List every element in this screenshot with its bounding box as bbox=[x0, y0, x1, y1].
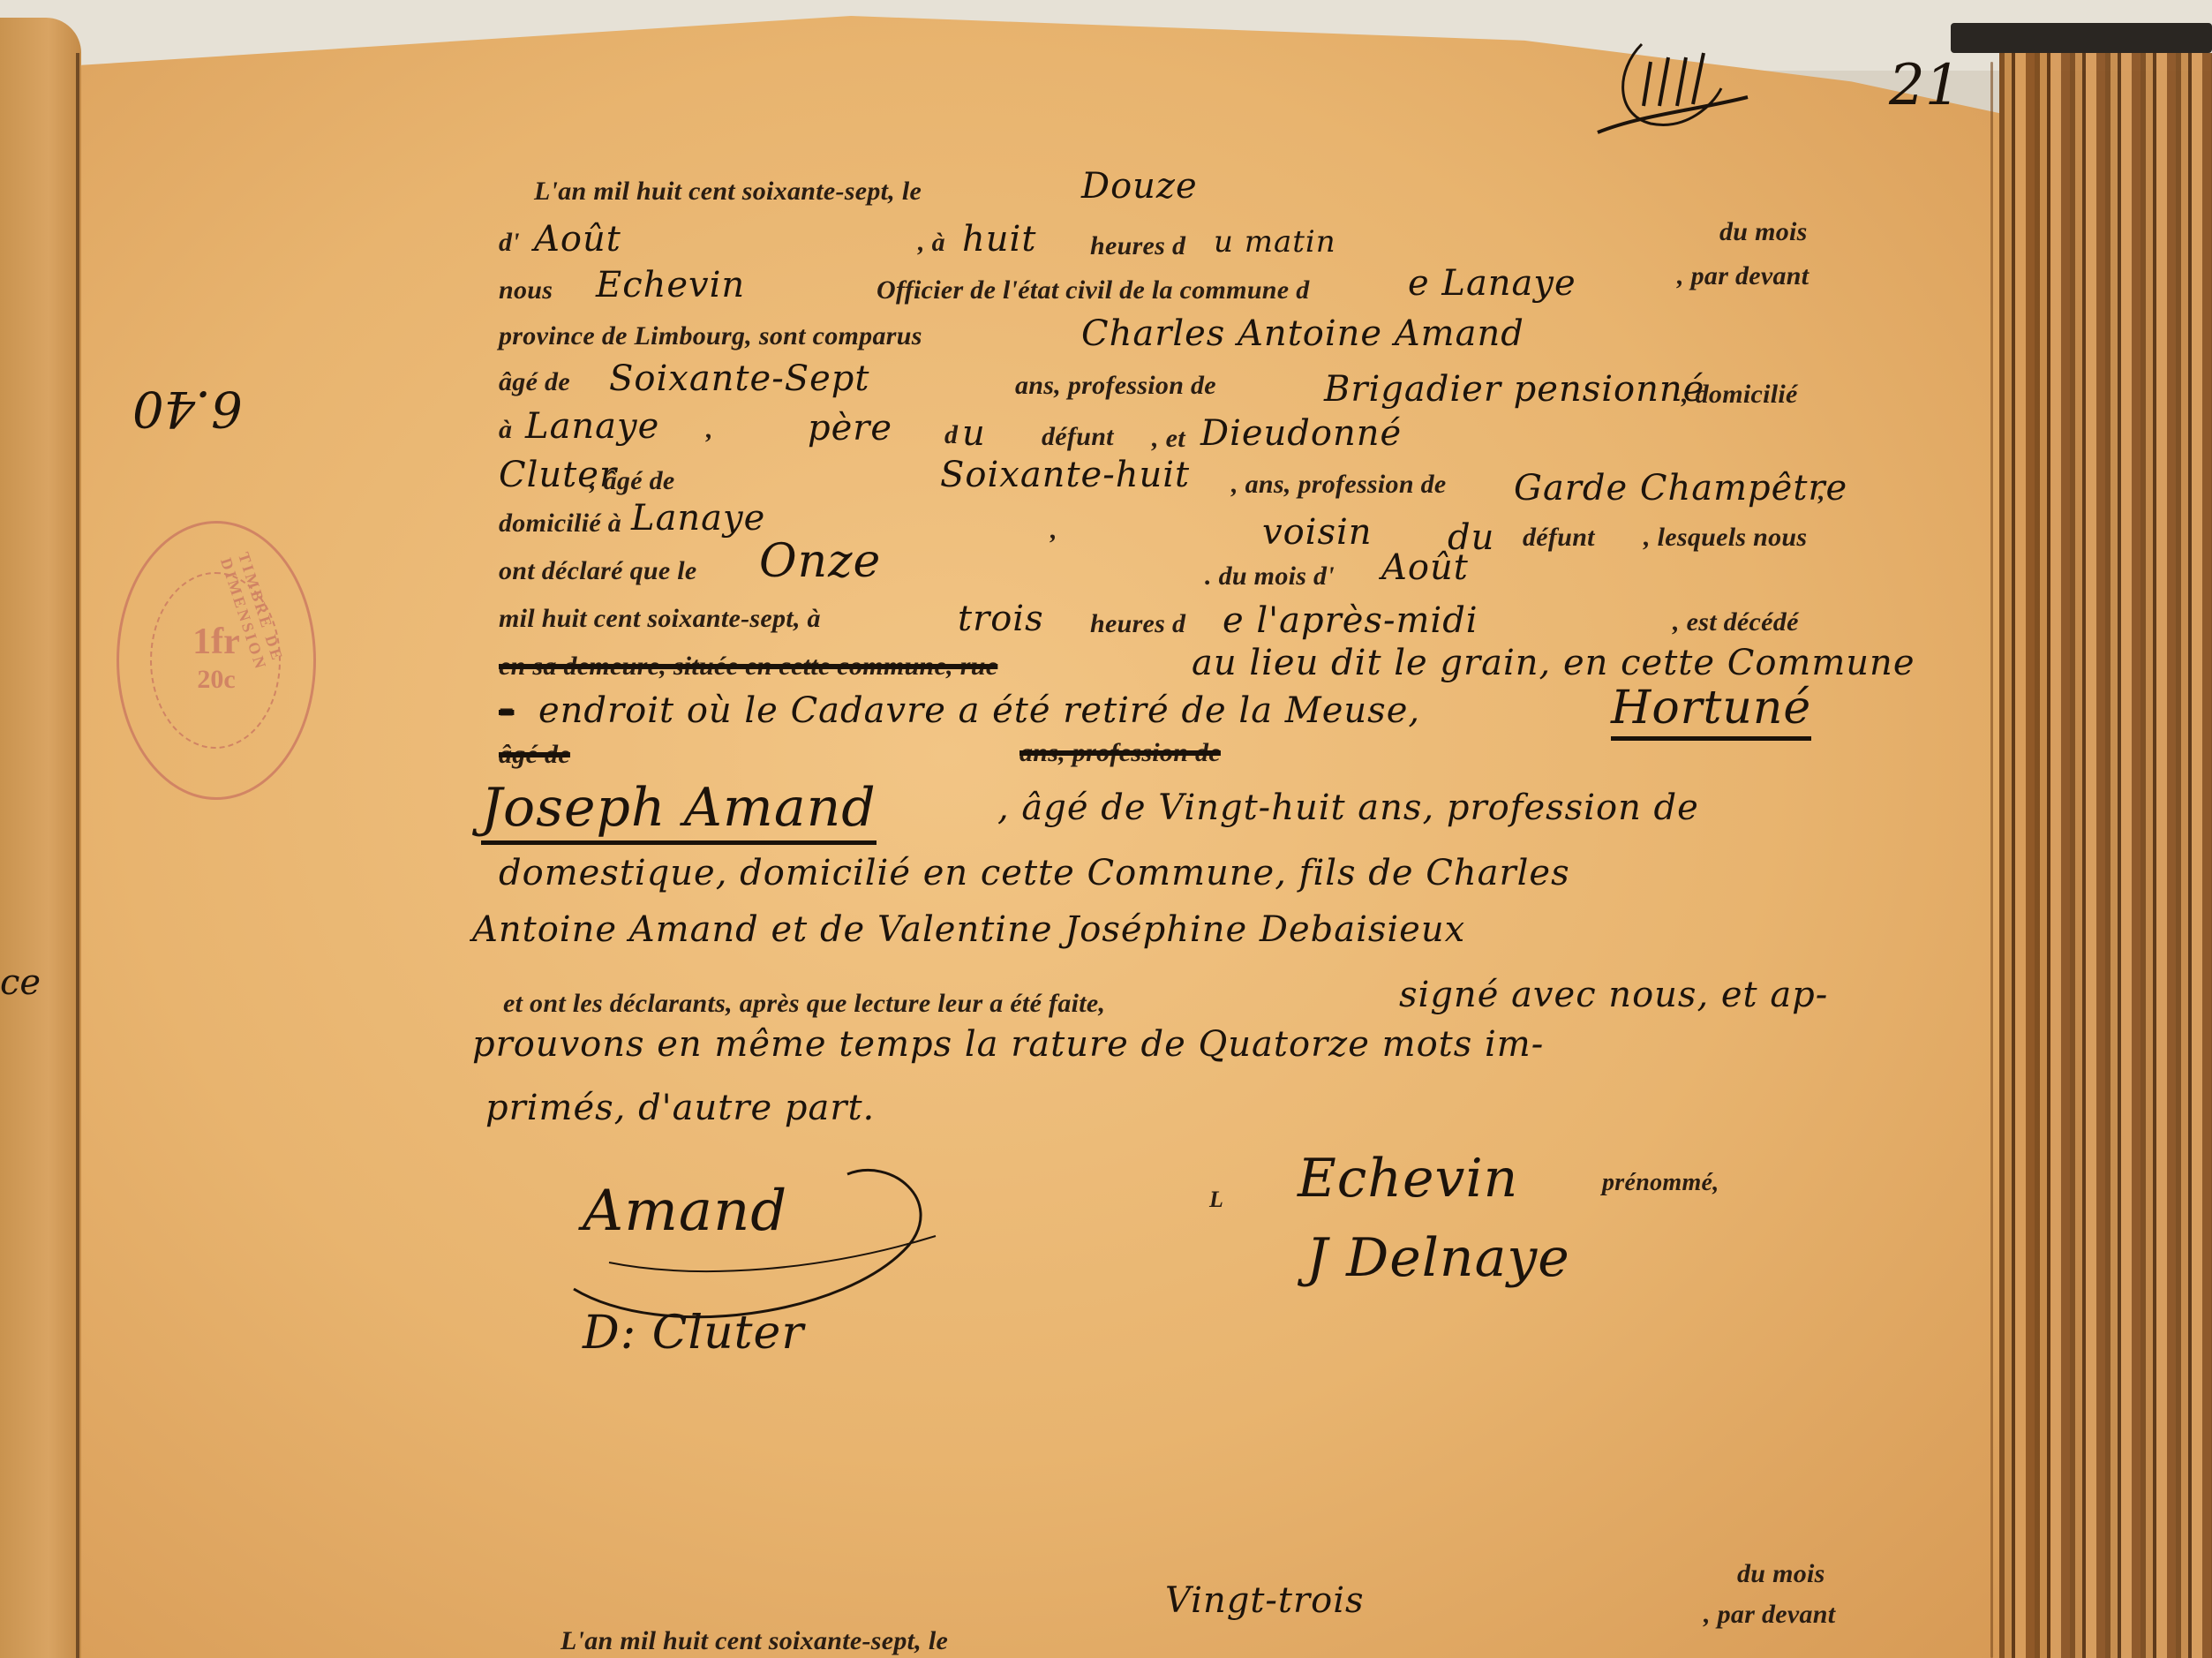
handwritten-death-hour: trois bbox=[958, 599, 1044, 639]
signature-officer-name: J Delnaye bbox=[1306, 1227, 1570, 1289]
stamp-value-cents: 20c bbox=[119, 665, 313, 695]
printed-text: , par devant bbox=[1704, 1600, 1835, 1630]
printed-text: heures d bbox=[1090, 231, 1185, 261]
handwritten-place-of-death: au lieu dit le grain, en cette Commune bbox=[1192, 643, 1915, 683]
struck-printed-text: en sa demeure, située en cette commune, … bbox=[499, 652, 997, 682]
struck-printed-text: ans, profession de bbox=[1019, 738, 1221, 768]
left-page bbox=[0, 18, 81, 1658]
printed-text: à bbox=[499, 415, 512, 445]
printed-text: ans, profession de bbox=[1015, 371, 1216, 401]
handwritten-parents: Antoine Amand et de Valentine Joséphine … bbox=[472, 909, 1465, 950]
printed-text: L'an mil huit cent soixante-sept, le bbox=[534, 177, 922, 207]
printed-text: , bbox=[1818, 477, 1825, 507]
page-stack-edges bbox=[1999, 53, 2212, 1658]
handwritten-witness-age: Soixante-huit bbox=[940, 455, 1190, 495]
printed-text: nous bbox=[499, 275, 553, 305]
handwritten-day: Douze bbox=[1081, 166, 1198, 207]
book-cover-edge bbox=[1951, 23, 2212, 53]
handwritten-signature-clause: signé avec nous, et ap- bbox=[1399, 975, 1828, 1015]
struck-mark: = bbox=[499, 697, 514, 727]
handwritten-death-time: e l'après-midi bbox=[1223, 600, 1478, 641]
printed-text: d' bbox=[499, 228, 520, 258]
handwritten-witness-profession: Garde Champêtre bbox=[1514, 468, 1847, 509]
printed-text: ont déclaré que le bbox=[499, 556, 697, 586]
handwritten-time: u matin bbox=[1214, 224, 1336, 260]
printed-text: , bbox=[706, 415, 713, 445]
printed-text: L'an mil huit cent soixante-sept, le bbox=[561, 1626, 948, 1656]
handwritten-relation: voisin bbox=[1262, 512, 1373, 553]
printed-text: , par devant bbox=[1677, 261, 1809, 291]
handwritten-circumstance: endroit où le Cadavre a été retiré de la… bbox=[538, 690, 1420, 731]
printed-text: , est décédé bbox=[1673, 607, 1799, 637]
printed-text: , et bbox=[1152, 424, 1185, 454]
printed-text: province de Limbourg, sont comparus bbox=[499, 321, 922, 351]
handwritten-death-month: Août bbox=[1381, 547, 1469, 588]
handwritten-place: Lanaye bbox=[525, 406, 659, 447]
handwritten-profession: Brigadier pensionné bbox=[1324, 369, 1704, 410]
printed-text: . du mois d' bbox=[1205, 561, 1335, 592]
printed-text: âgé de bbox=[499, 367, 570, 397]
handwritten-age: Soixante-Sept bbox=[609, 358, 869, 399]
handwritten-deceased-details: domestique, domicilié en cette Commune, … bbox=[499, 853, 1570, 893]
page-right-rule bbox=[1990, 62, 1993, 1658]
printed-text: défunt bbox=[1042, 422, 1114, 452]
margin-note: 6.40 bbox=[132, 380, 243, 437]
printed-text: d bbox=[944, 420, 958, 450]
left-page-fragment: ce bbox=[0, 962, 41, 1003]
printed-text: du mois bbox=[1719, 217, 1808, 247]
paraph-flourish-icon bbox=[1589, 35, 1783, 141]
printed-text: L bbox=[1209, 1187, 1223, 1213]
handwritten-commune: e Lanaye bbox=[1408, 263, 1576, 304]
handwritten-month: Août bbox=[534, 219, 621, 260]
signature-declarant-2: D: Cluter bbox=[583, 1307, 804, 1360]
printed-text: prénommé, bbox=[1602, 1169, 1719, 1197]
printed-text: , âgé de bbox=[590, 466, 675, 496]
stamp-value-francs: 1fr bbox=[119, 621, 313, 663]
handwritten-hour: huit bbox=[962, 219, 1036, 260]
handwritten-witness-name: Dieudonné bbox=[1200, 413, 1402, 454]
handwritten-deceased-details: , âgé de Vingt-huit ans, profession de bbox=[997, 788, 1699, 828]
printed-text: du mois bbox=[1737, 1559, 1825, 1589]
handwritten-declarant-name: Charles Antoine Amand bbox=[1081, 313, 1524, 354]
printed-text: défunt bbox=[1523, 523, 1595, 553]
printed-text: , domicilié bbox=[1682, 380, 1798, 410]
tax-stamp: TIMBRE DE DIMENSION 1fr 20c bbox=[117, 521, 316, 800]
signature-officer-title: Echevin bbox=[1298, 1148, 1518, 1210]
printed-text: , à bbox=[918, 228, 945, 258]
handwritten-deceased-name: Joseph Amand bbox=[481, 777, 877, 845]
printed-text: , bbox=[1050, 516, 1057, 546]
printed-text: et ont les déclarants, après que lecture… bbox=[503, 989, 1105, 1019]
handwritten-deceased-first-name: Hortuné bbox=[1611, 682, 1811, 741]
printed-text: mil huit cent soixante-sept, à bbox=[499, 604, 821, 634]
signature-flourish-icon bbox=[556, 1139, 962, 1333]
book-gutter bbox=[76, 53, 79, 1658]
printed-text: domicilié à bbox=[499, 509, 621, 539]
printed-text: heures d bbox=[1090, 609, 1185, 639]
handwritten-approval: primés, d'autre part. bbox=[485, 1088, 875, 1128]
handwritten-place: Lanaye bbox=[631, 498, 765, 539]
printed-text: , ans, profession de bbox=[1231, 470, 1447, 500]
handwritten-approval: prouvons en même temps la rature de Quat… bbox=[472, 1024, 1544, 1065]
printed-text: Officier de l'état civil de la commune d bbox=[877, 275, 1310, 305]
handwritten-relation: père bbox=[808, 408, 892, 448]
handwritten-day: Vingt-trois bbox=[1165, 1580, 1365, 1621]
struck-printed-text: âgé de bbox=[499, 740, 570, 770]
printed-text: , lesquels nous bbox=[1644, 523, 1807, 553]
handwritten-title: Echevin bbox=[596, 265, 745, 305]
folio-number: 21 bbox=[1889, 53, 1960, 118]
handwritten-letter: u bbox=[962, 413, 986, 454]
handwritten-death-day: Onze bbox=[759, 535, 881, 588]
